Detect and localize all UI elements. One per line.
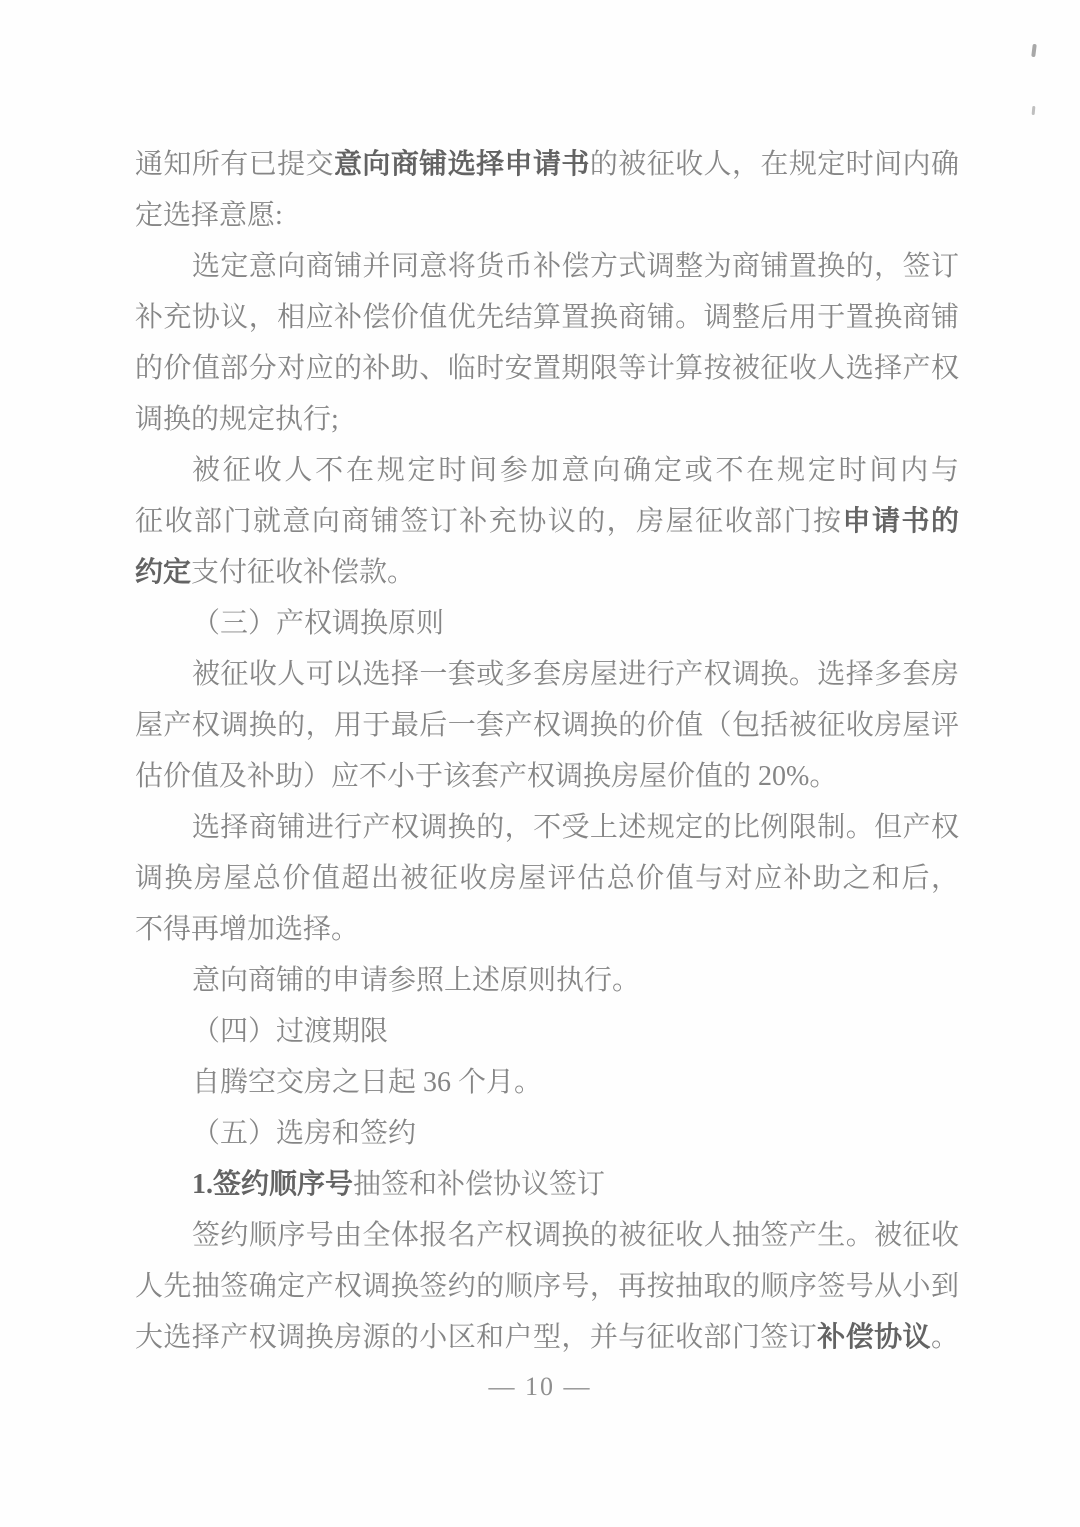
text-segment: 的价值部分对应的补助、临时安置期限等计算按被征收人选择产权 xyxy=(135,353,959,384)
text-line: 大选择产权调换房源的小区和户型，并与征收部门签订补偿协议。 xyxy=(135,1312,959,1363)
text-segment: 征收部门就意向商铺签订补充协议的，房屋征收部门按 xyxy=(135,506,843,537)
text-segment: 的被征收人，在规定时间内确 xyxy=(590,149,959,180)
text-line: 补充协议，相应补偿价值优先结算置换商铺。调整后用于置换商铺 xyxy=(135,292,959,343)
text-line: 人先抽签确定产权调换签约的顺序号，再按抽取的顺序签号从小到 xyxy=(135,1261,959,1312)
text-segment: 。 xyxy=(931,1322,959,1353)
text-segment: 人先抽签确定产权调换签约的顺序号，再按抽取的顺序签号从小到 xyxy=(135,1271,959,1302)
bold-text-segment: 意向商铺选择申请书 xyxy=(334,149,590,180)
text-line: 约定支付征收补偿款。 xyxy=(135,547,959,598)
text-line: 调换的规定执行; xyxy=(135,394,959,445)
text-line: 调换房屋总价值超出被征收房屋评估总价值与对应补助之和后， xyxy=(135,853,959,904)
text-segment: 支付征收补偿款。 xyxy=(191,557,415,588)
text-line: 被征收人不在规定时间参加意向确定或不在规定时间内与 xyxy=(135,445,959,496)
text-segment: 调换的规定执行; xyxy=(135,404,339,435)
text-segment: 被征收人不在规定时间参加意向确定或不在规定时间内与 xyxy=(192,455,959,486)
bold-text-segment: 1.签约顺序号 xyxy=(192,1169,353,1200)
text-segment: 补充协议，相应补偿价值优先结算置换商铺。调整后用于置换商铺 xyxy=(135,302,959,333)
text-segment: 选定意向商铺并同意将货币补偿方式调整为商铺置换的，签订 xyxy=(192,251,959,282)
text-line: 不得再增加选择。 xyxy=(135,904,959,955)
text-segment: 调换房屋总价值超出被征收房屋评估总价值与对应补助之和后， xyxy=(135,863,959,894)
text-segment: 被征收人可以选择一套或多套房屋进行产权调换。选择多套房 xyxy=(192,659,959,690)
document-lines: 通知所有已提交意向商铺选择申请书的被征收人，在规定时间内确定选择意愿:选定意向商… xyxy=(135,139,959,1363)
text-segment: 抽签和补偿协议签订 xyxy=(353,1169,605,1200)
bold-text-segment: 约定 xyxy=(135,557,191,588)
text-segment: （五）选房和签约 xyxy=(192,1118,416,1149)
scan-artifact xyxy=(1032,106,1036,115)
text-line: 被征收人可以选择一套或多套房屋进行产权调换。选择多套房 xyxy=(135,649,959,700)
text-line: （五）选房和签约 xyxy=(135,1108,959,1159)
text-segment: 估价值及补助）应不小于该套产权调换房屋价值的 20%。 xyxy=(135,761,837,792)
text-line: 选定意向商铺并同意将货币补偿方式调整为商铺置换的，签订 xyxy=(135,241,959,292)
text-line: 通知所有已提交意向商铺选择申请书的被征收人，在规定时间内确 xyxy=(135,139,959,190)
text-segment: 不得再增加选择。 xyxy=(135,914,359,945)
text-segment: 意向商铺的申请参照上述原则执行。 xyxy=(192,965,640,996)
text-segment: （四）过渡期限 xyxy=(192,1016,388,1047)
page-number: — 10 — xyxy=(0,1372,1080,1402)
text-line: 征收部门就意向商铺签订补充协议的，房屋征收部门按申请书的 xyxy=(135,496,959,547)
text-line: 屋产权调换的，用于最后一套产权调换的价值（包括被征收房屋评 xyxy=(135,700,959,751)
text-line: 签约顺序号由全体报名产权调换的被征收人抽签产生。被征收 xyxy=(135,1210,959,1261)
text-segment: 定选择意愿: xyxy=(135,200,283,231)
text-segment: 选择商铺进行产权调换的，不受上述规定的比例限制。但产权 xyxy=(192,812,959,843)
text-segment: 大选择产权调换房源的小区和户型，并与征收部门签订 xyxy=(135,1322,817,1353)
text-line: 的价值部分对应的补助、临时安置期限等计算按被征收人选择产权 xyxy=(135,343,959,394)
text-line: 自腾空交房之日起 36 个月。 xyxy=(135,1057,959,1108)
text-line: （三）产权调换原则 xyxy=(135,598,959,649)
text-segment: 自腾空交房之日起 36 个月。 xyxy=(192,1067,542,1098)
text-segment: 屋产权调换的，用于最后一套产权调换的价值（包括被征收房屋评 xyxy=(135,710,959,741)
text-line: 估价值及补助）应不小于该套产权调换房屋价值的 20%。 xyxy=(135,751,959,802)
text-line: 选择商铺进行产权调换的，不受上述规定的比例限制。但产权 xyxy=(135,802,959,853)
bold-text-segment: 申请书的 xyxy=(843,506,959,537)
text-segment: （三）产权调换原则 xyxy=(192,608,444,639)
text-line: 1.签约顺序号抽签和补偿协议签订 xyxy=(135,1159,959,1210)
bold-text-segment: 补偿协议 xyxy=(817,1322,931,1353)
text-segment: 签约顺序号由全体报名产权调换的被征收人抽签产生。被征收 xyxy=(192,1220,959,1251)
text-segment: 通知所有已提交 xyxy=(135,149,334,180)
scan-artifact xyxy=(1031,44,1037,57)
document-page: 通知所有已提交意向商铺选择申请书的被征收人，在规定时间内确定选择意愿:选定意向商… xyxy=(0,0,1080,1527)
text-line: （四）过渡期限 xyxy=(135,1006,959,1057)
text-line: 意向商铺的申请参照上述原则执行。 xyxy=(135,955,959,1006)
text-line: 定选择意愿: xyxy=(135,190,959,241)
